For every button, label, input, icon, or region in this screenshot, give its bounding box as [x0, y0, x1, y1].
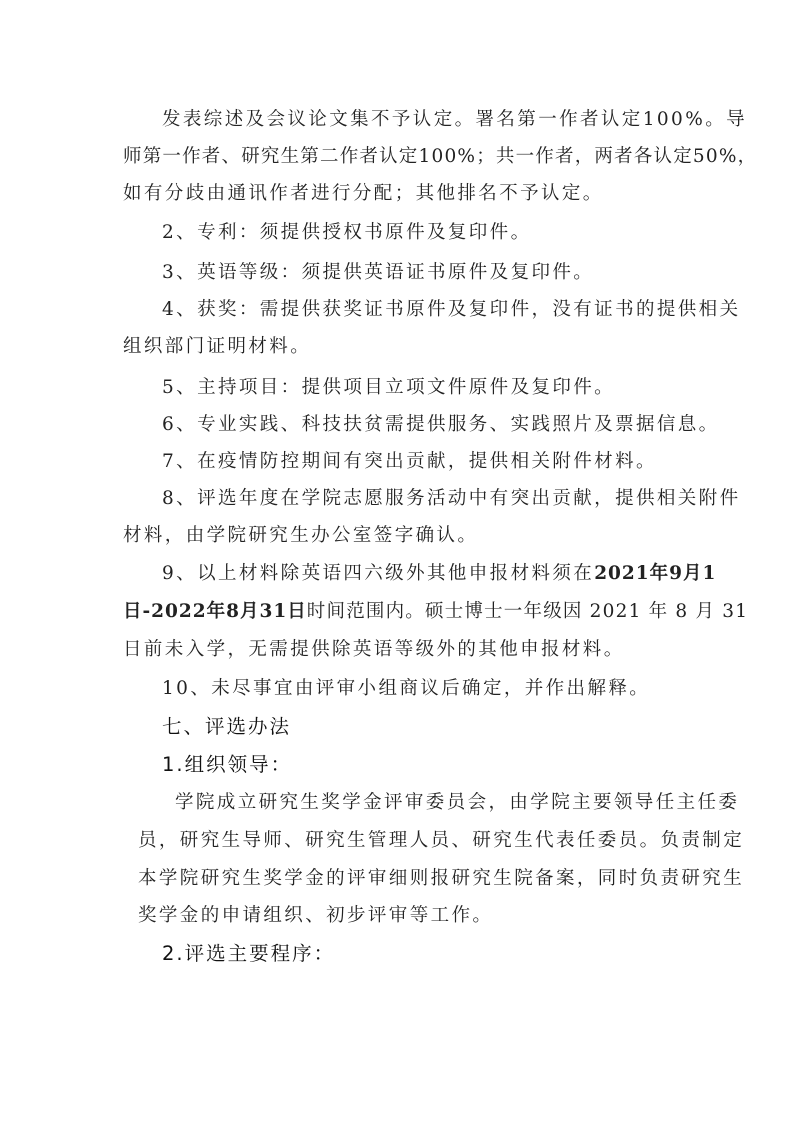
item-awards-line-1: 4、获奖：需提供获奖证书原件及复印件，没有证书的提供相关 [162, 298, 688, 322]
item-patent: 2、专利：须提供授权书原件及复印件。 [162, 221, 688, 245]
item-timeframe-start-date: 2021年9月1 [594, 563, 716, 584]
item-timeframe-end-date: 日-2022年8月31日 [123, 601, 307, 622]
document-page: 发表综述及会议论文集不予认定。署名第一作者认定100%。导 师第一作者、研究生第… [0, 0, 799, 1131]
item-epidemic: 7、在疫情防控期间有突出贡献，提供相关附件材料。 [162, 450, 688, 474]
item-projects: 5、主持项目：提供项目立项文件原件及复印件。 [162, 376, 688, 400]
subheading-main-procedure: 2.评选主要程序： [162, 942, 688, 966]
organization-line-1: 学院成立研究生奖学金评审委员会，由学院主要领导任主任委 [175, 791, 701, 815]
item-timeframe-prefix: 9、以上材料除英语四六级外其他申报材料须在 [162, 563, 594, 584]
subheading-organization: 1.组织领导： [162, 753, 688, 777]
section-heading-selection-method: 七、评选办法 [162, 715, 688, 739]
item-timeframe-line-2: 日-2022年8月31日时间范围内。硕士博士一年级因 2021 年 8 月 31 [123, 600, 688, 624]
item-timeframe-line-1: 9、以上材料除英语四六级外其他申报材料须在2021年9月1 [162, 562, 688, 586]
paragraph-publication-line-2: 师第一作者、研究生第二作者认定100%；共一作者，两者各认定50%， [123, 145, 688, 169]
item-english-level: 3、英语等级：须提供英语证书原件及复印件。 [162, 261, 688, 285]
item-other-matters: 10、未尽事宜由评审小组商议后确定，并作出解释。 [162, 677, 688, 701]
item-awards-line-2: 组织部门证明材料。 [123, 335, 688, 359]
organization-line-4: 奖学金的申请组织、初步评审等工作。 [138, 904, 703, 928]
paragraph-publication-line-3: 如有分歧由通讯作者进行分配；其他排名不予认定。 [123, 182, 688, 206]
organization-line-2: 员，研究生导师、研究生管理人员、研究生代表任委员。负责制定 [138, 829, 703, 853]
item-timeframe-line-3: 日前未入学，无需提供除英语等级外的其他申报材料。 [123, 638, 688, 662]
paragraph-publication-line-1: 发表综述及会议论文集不予认定。署名第一作者认定100%。导 [162, 108, 688, 132]
organization-line-3: 本学院研究生奖学金的评审细则报研究生院备案，同时负责研究生 [138, 867, 703, 891]
item-volunteer-line-1: 8、评选年度在学院志愿服务活动中有突出贡献，提供相关附件 [162, 487, 688, 511]
item-volunteer-line-2: 材料，由学院研究生办公室签字确认。 [123, 524, 688, 548]
item-practice: 6、专业实践、科技扶贫需提供服务、实践照片及票据信息。 [162, 413, 688, 437]
item-timeframe-suffix: 时间范围内。硕士博士一年级因 2021 年 8 月 31 [307, 601, 748, 622]
